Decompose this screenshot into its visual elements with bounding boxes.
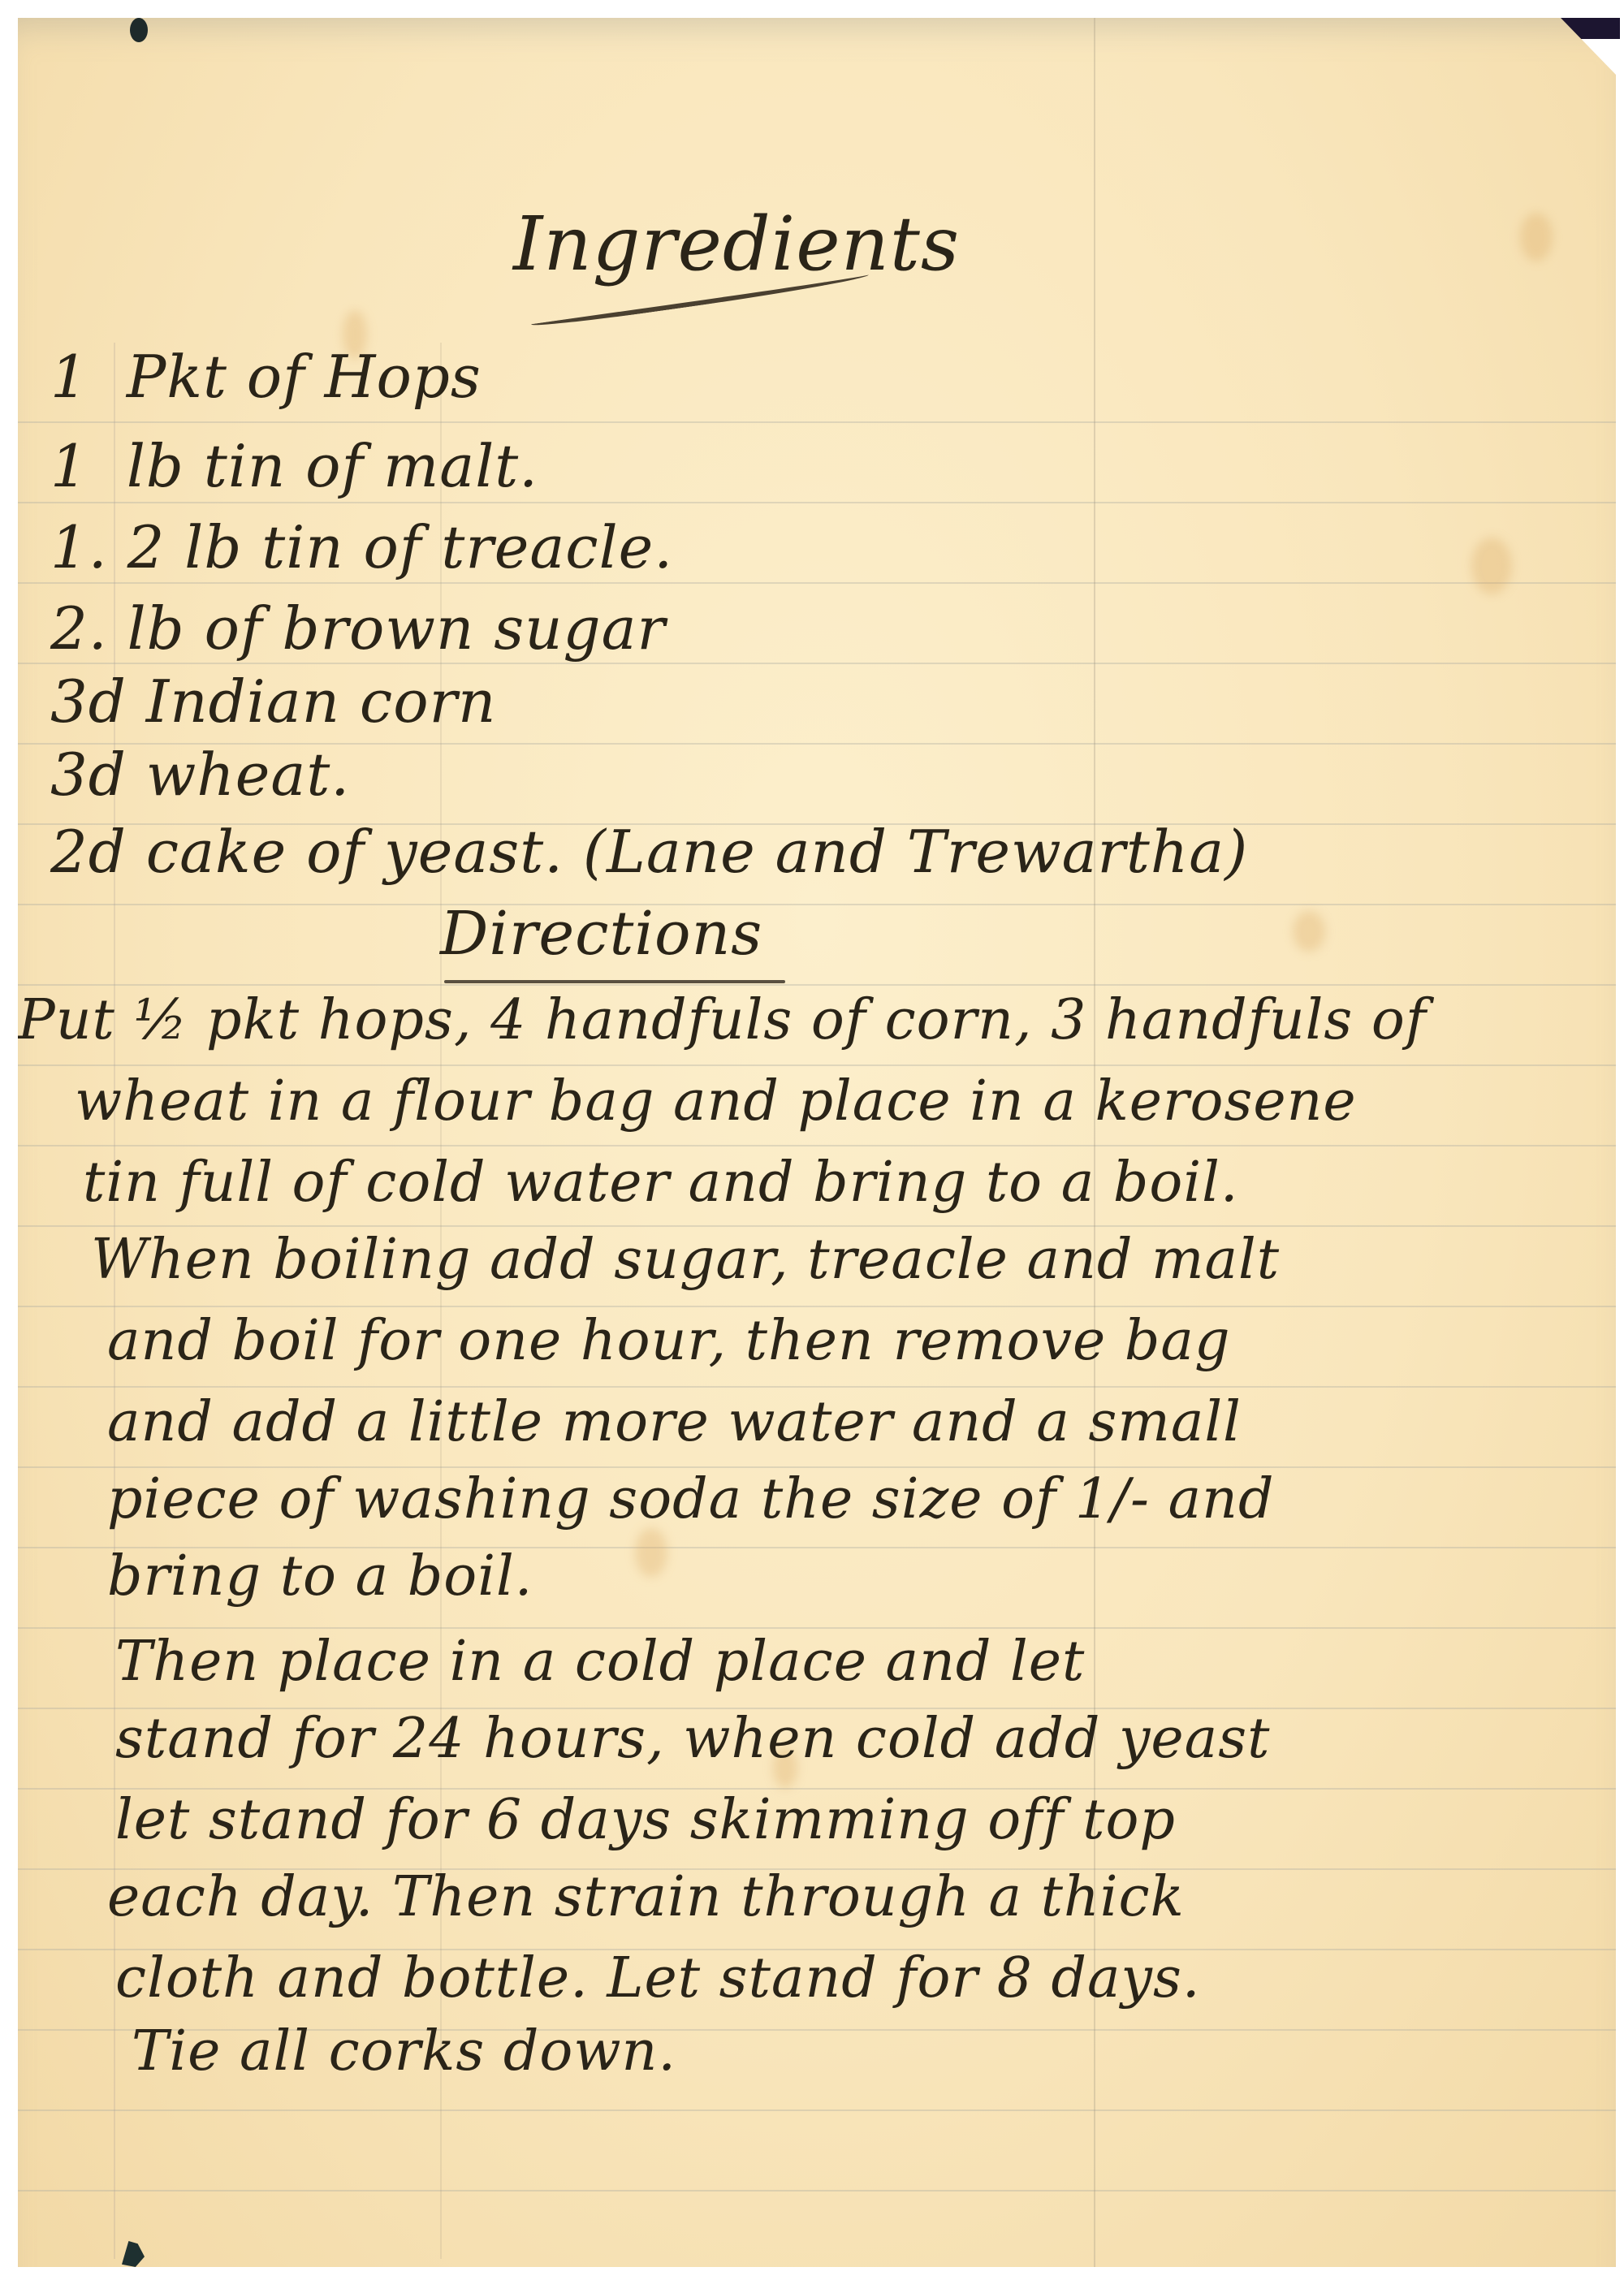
directions-line: and boil for one hour, then remove bag [107, 1309, 1231, 1373]
directions-line: let stand for 6 days skimming off top [115, 1788, 1176, 1852]
ingredient-text: 2 lb tin of treacle. [127, 513, 674, 581]
recipe-paper-sheet: Ingredients 1 Pkt of Hops 1 lb tin of ma… [18, 18, 1616, 2267]
ingredient-text: Pkt of Hops [127, 343, 482, 411]
fold-crease [1094, 18, 1095, 2267]
ingredient-qty: 2d [50, 818, 127, 886]
directions-line: and add a little more water and a small [107, 1390, 1242, 1454]
ingredient-qty: 1. [50, 513, 108, 581]
ingredient-item: 1 Pkt of Hops [50, 343, 482, 411]
directions-line: bring to a boil. [107, 1544, 533, 1609]
ingredient-text: lb of brown sugar [127, 594, 666, 663]
ingredient-item: 1. 2 lb tin of treacle. [50, 513, 673, 581]
ingredient-qty: 3d [50, 741, 127, 809]
ink-blot [130, 18, 148, 42]
directions-line: each day. Then strain through a thick [107, 1865, 1185, 1929]
ingredient-text: Indian corn [146, 667, 497, 736]
directions-line: piece of washing soda the size of 1/- an… [107, 1467, 1275, 1531]
ingredients-heading: Ingredients [513, 201, 960, 287]
directions-line: stand for 24 hours, when cold add yeast [115, 1707, 1270, 1771]
ingredient-item: 3d wheat. [50, 741, 350, 809]
directions-line: Then place in a cold place and let [115, 1630, 1085, 1694]
ingredient-qty: 3d [50, 667, 127, 736]
ingredient-text: cake of yeast. (Lane and Trewartha) [146, 818, 1248, 886]
ingredient-text: wheat. [146, 741, 350, 809]
directions-line: Put ½ pkt hops, 4 handfuls of corn, 3 ha… [18, 988, 1427, 1052]
directions-line: Tie all corks down. [132, 2019, 676, 2084]
age-stain [635, 1528, 667, 1577]
directions-line: tin full of cold water and bring to a bo… [83, 1151, 1238, 1215]
ingredient-qty: 1 [50, 432, 107, 500]
ingredient-text: lb tin of malt. [127, 432, 538, 500]
ingredient-qty: 2. [50, 594, 108, 663]
directions-line: When boiling add sugar, treacle and malt [91, 1228, 1280, 1292]
age-stain [1293, 911, 1325, 952]
age-stain [1520, 213, 1553, 261]
ingredient-item: 1 lb tin of malt. [50, 432, 538, 500]
ingredient-qty: 1 [50, 343, 107, 411]
ingredient-item: 2. lb of brown sugar [50, 594, 666, 663]
directions-heading: Directions [440, 899, 762, 969]
directions-line: cloth and bottle. Let stand for 8 days. [115, 1946, 1200, 2010]
ingredient-item: 2d cake of yeast. (Lane and Trewartha) [50, 818, 1248, 886]
directions-line: wheat in a flour bag and place in a kero… [75, 1069, 1357, 1134]
ingredient-item: 3d Indian corn [50, 667, 496, 736]
age-stain [1471, 538, 1512, 594]
directions-heading-underline [444, 980, 785, 983]
